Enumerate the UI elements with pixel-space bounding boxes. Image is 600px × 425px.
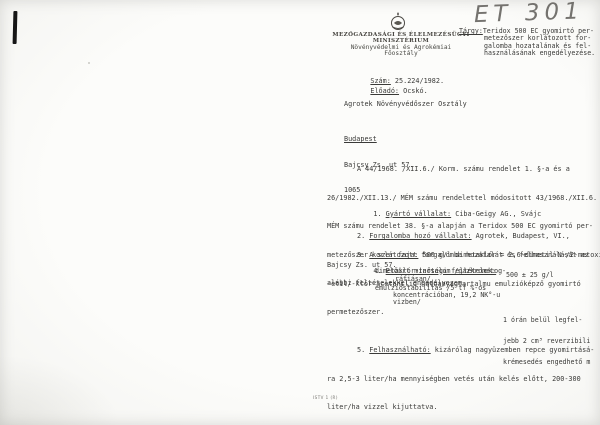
scan-speck	[88, 62, 90, 64]
spec-2-parameter-cont2: vizben/	[393, 299, 421, 306]
clerk-value: Ocskó.	[399, 87, 428, 95]
scanned-document-page: MEZŐGAZDASÁGI ÉS ÉLELMEZÉSÜGYI MINISZTÉR…	[0, 0, 600, 425]
subject-label: Tárgy:	[459, 27, 483, 35]
scan-shadow	[0, 355, 120, 425]
scan-binding-mark	[13, 11, 18, 44]
spec-2-value-line1: 1 órán belül legfel-	[503, 317, 590, 324]
item-5-line3: liter/ha vizzel kijuttatva.	[327, 403, 595, 413]
item-5-line2: ra 2,5-3 liter/ha mennyiségben vetés utá…	[327, 375, 595, 385]
clerk-label: Előadó:	[370, 87, 399, 95]
intro-line: A 44/1968. /XII.6./ Korm. számu rendelet…	[327, 165, 595, 175]
spec-1-parameter: dimetaklór-tartalom /gázkromatog-	[375, 268, 506, 275]
letterhead: MEZŐGAZDASÁGI ÉS ÉLELMEZÉSÜGYI MINISZTÉR…	[325, 32, 477, 58]
subject-line4: használásának engedélyezése.	[459, 50, 599, 57]
addressee-name: Agrotek Növényvédőszer Osztály	[344, 100, 467, 110]
spec-1-parameter-cont: ráfiásan/	[395, 276, 431, 283]
item-5-heading: Felhasználható:	[369, 346, 430, 354]
item-5-text: kizárólag nagyüzemben repce gyomirtásá-	[431, 346, 595, 354]
handwritten-note: ET 301	[474, 0, 595, 28]
item-5: 5. Felhasználható: kizárólag nagyüzemben…	[327, 327, 595, 425]
item-5-number: 5.	[357, 346, 369, 354]
print-code: ISTV 1 (R)	[313, 395, 338, 400]
addressee-city: Budapest	[344, 136, 414, 143]
subject-block: Tárgy:Teridox 500 EC gyomirtó per- metez…	[459, 28, 599, 58]
department-line2: Főosztály	[325, 51, 477, 58]
spec-1-value: 500 ± 25 g/l	[506, 272, 554, 279]
